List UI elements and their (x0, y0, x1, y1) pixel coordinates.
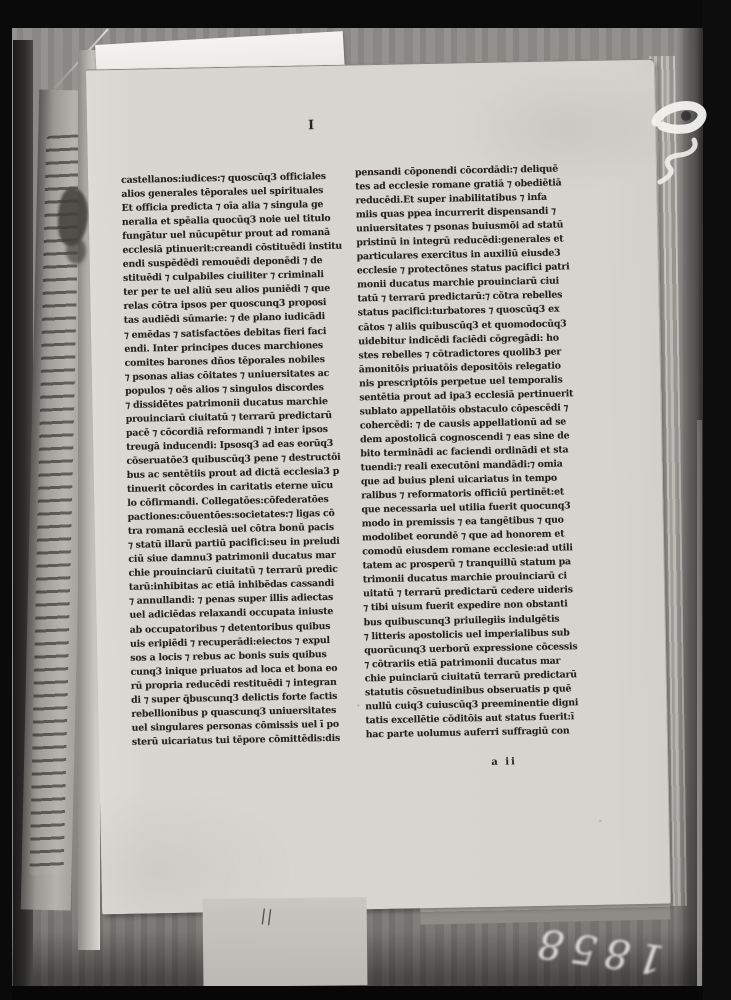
pen-marks: || (260, 905, 275, 925)
text-column-left: castellanos:iudices:⁊ quoscūq3 officiale… (121, 169, 368, 749)
bottom-protruding-sheet: || (203, 897, 368, 987)
folio-number: I (301, 118, 321, 133)
main-page: I castellanos:iudices:⁊ quoscūq3 officia… (86, 59, 671, 915)
film-frame-bottom (0, 986, 731, 1000)
frame-right-light-edge (697, 420, 702, 986)
text-column-right: pensandi cōponendi cōcordādi:⁊ deliquēte… (355, 162, 602, 742)
ink-blot-small (66, 238, 86, 264)
photograph-of-incunable-page: { "page": { "folio_number": "I", "signat… (0, 0, 731, 1000)
film-frame-top (0, 0, 731, 28)
signature-mark: a ii (491, 756, 517, 767)
film-frame-left (0, 0, 12, 1000)
chalk-squiggle-icon (648, 98, 714, 186)
